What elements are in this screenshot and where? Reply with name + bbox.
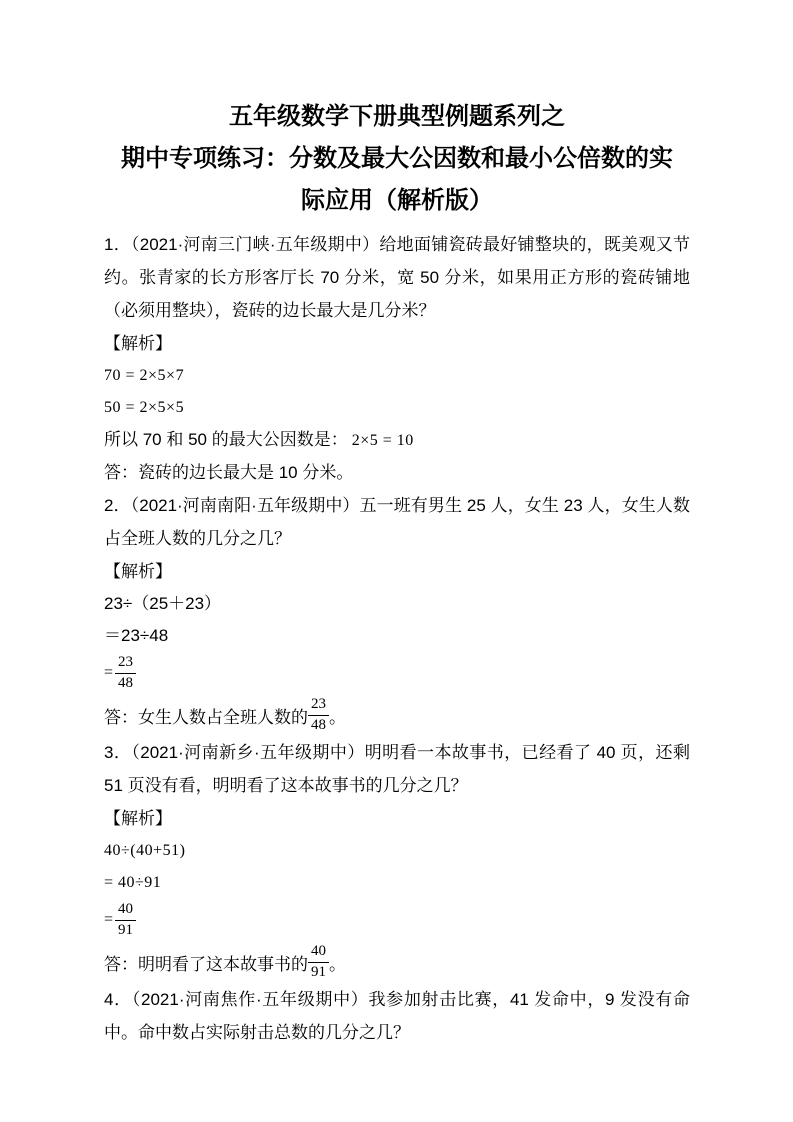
fraction: 4091 <box>308 943 329 981</box>
answer-line: 答：女生人数占全班人数的2348。 <box>104 694 690 736</box>
title-line-3: 际应用（解析版） <box>104 180 690 222</box>
answer-punctuation: 。 <box>329 950 346 975</box>
problem-question: 2．（2021·河南南阳·五年级期中）五一班有男生 25 人，女生 23 人，女… <box>104 489 690 555</box>
solution-formula: 50 = 2×5×5 <box>104 392 690 424</box>
fraction: 2348 <box>115 654 136 692</box>
fraction-denominator: 48 <box>115 674 136 692</box>
title-line-1: 五年级数学下册典型例题系列之 <box>104 96 690 138</box>
problem-question: 4．（2021·河南焦作·五年级期中）我参加射击比赛，41 发命中，9 发没有命… <box>104 983 690 1049</box>
problem-2: 2．（2021·河南南阳·五年级期中）五一班有男生 25 人，女生 23 人，女… <box>104 489 690 736</box>
answer-line: 答：瓷砖的边长最大是 10 分米。 <box>104 457 690 489</box>
answer-punctuation: 。 <box>329 703 346 728</box>
conclusion-formula: 2×5 = 10 <box>348 432 414 449</box>
solution-step: 23÷（25＋23） <box>104 588 690 620</box>
problem-4: 4．（2021·河南焦作·五年级期中）我参加射击比赛，41 发命中，9 发没有命… <box>104 983 690 1049</box>
analysis-label: 【解析】 <box>104 327 690 360</box>
answer-text: 答：明明看了这本故事书的 <box>104 950 308 975</box>
fraction: 4091 <box>115 901 136 939</box>
document-page: 五年级数学下册典型例题系列之 期中专项练习：分数及最大公因数和最小公倍数的实 际… <box>0 0 793 1122</box>
title-line-2: 期中专项练习：分数及最大公因数和最小公倍数的实 <box>104 138 690 180</box>
fraction-denominator: 91 <box>115 921 136 939</box>
fraction: 2348 <box>308 696 329 734</box>
document-content: 五年级数学下册典型例题系列之 期中专项练习：分数及最大公因数和最小公倍数的实 际… <box>104 96 690 1049</box>
analysis-label: 【解析】 <box>104 555 690 588</box>
problem-1: 1．（2021·河南三门峡·五年级期中）给地面铺瓷砖最好铺整块的，既美观又节约。… <box>104 228 690 489</box>
solution-conclusion: 所以 70 和 50 的最大公因数是：2×5 = 10 <box>104 424 690 457</box>
fraction-numerator: 23 <box>115 654 136 673</box>
problem-question: 3．（2021·河南新乡·五年级期中）明明看一本故事书，已经看了 40 页，还剩… <box>104 736 690 802</box>
problem-question: 1．（2021·河南三门峡·五年级期中）给地面铺瓷砖最好铺整块的，既美观又节约。… <box>104 228 690 327</box>
fraction-denominator: 48 <box>308 716 329 734</box>
solution-formula: 70 = 2×5×7 <box>104 360 690 392</box>
solution-step: = 40÷91 <box>104 867 690 899</box>
conclusion-text: 所以 70 和 50 的最大公因数是： <box>104 430 348 449</box>
solution-fraction-step: =2348 <box>104 652 690 694</box>
answer-line: 答：明明看了这本故事书的4091。 <box>104 941 690 983</box>
equals-sign: = <box>104 911 113 929</box>
fraction-numerator: 23 <box>308 696 329 715</box>
page-title: 五年级数学下册典型例题系列之 期中专项练习：分数及最大公因数和最小公倍数的实 际… <box>104 96 690 222</box>
problem-3: 3．（2021·河南新乡·五年级期中）明明看一本故事书，已经看了 40 页，还剩… <box>104 736 690 983</box>
answer-text: 答：女生人数占全班人数的 <box>104 703 308 728</box>
equals-sign: = <box>104 664 113 682</box>
fraction-numerator: 40 <box>308 943 329 962</box>
solution-step: ＝23÷48 <box>104 620 690 652</box>
solution-step: 40÷(40+51) <box>104 835 690 867</box>
fraction-denominator: 91 <box>308 963 329 981</box>
fraction-numerator: 40 <box>115 901 136 920</box>
solution-fraction-step: =4091 <box>104 899 690 941</box>
analysis-label: 【解析】 <box>104 802 690 835</box>
